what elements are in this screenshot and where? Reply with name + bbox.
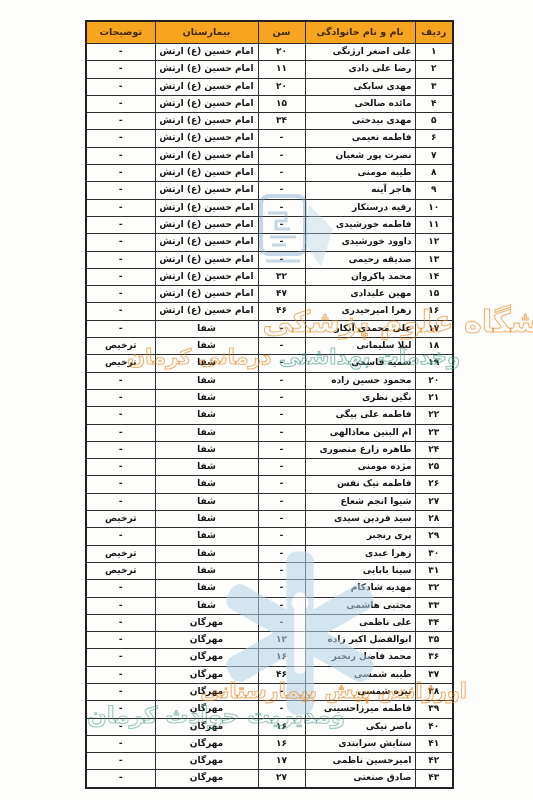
age-cell: - [258,251,305,268]
age-cell: ۱۱ [258,61,305,78]
row-number-cell: ۱۶ [415,303,453,320]
patient-name-cell: نصرت پور شعبان [305,147,415,164]
patient-table-body: ۱ علی اصغر ارژنگی ۲۰ امام حسین (ع) ارتش … [86,44,453,788]
row-number-cell: ۳۸ [415,683,453,700]
hospital-cell: امام حسین (ع) ارتش [155,216,258,233]
age-cell: - [258,459,305,476]
hospital-cell: شفا [155,355,258,372]
patient-name-cell: نیره شمسی [305,683,415,700]
age-cell: - [258,182,305,199]
patient-name-cell: طیبه شمسی [305,666,415,683]
age-cell: - [258,683,305,700]
age-cell: - [258,407,305,424]
notes-cell: - [86,407,155,424]
age-cell: - [258,476,305,493]
patient-name-cell: هاجر آینه [305,182,415,199]
notes-cell: - [86,614,155,631]
age-cell: ۲۰ [258,44,305,61]
patient-name-cell: زهرا امیرحیدری [305,303,415,320]
notes-cell: - [86,268,155,285]
table-row: ۳۴ علی ناظمی - مهرگان - [86,614,453,631]
notes-cell: - [86,649,155,666]
table-row: ۲۳ ام البنین معاذالهی - شفا - [86,424,453,441]
patient-name-cell: محمود حسین زاده [305,372,415,389]
hospital-cell: امام حسین (ع) ارتش [155,130,258,147]
patient-name-cell: صادق صنعتی [305,770,415,788]
patient-name-cell: ناصر نیکی [305,718,415,735]
patient-name-cell: پری رنجبر [305,528,415,545]
notes-cell: - [86,61,155,78]
hospital-cell: شفا [155,528,258,545]
notes-cell: - [86,424,155,441]
notes-cell: - [86,216,155,233]
notes-cell: - [86,251,155,268]
hospital-cell: شفا [155,511,258,528]
table-row: ۸ طیبه مومنی - امام حسین (ع) ارتش - [86,165,453,182]
age-cell: - [258,562,305,579]
row-number-cell: ۲۲ [415,407,453,424]
age-cell: - [258,338,305,355]
notes-cell: - [86,683,155,700]
age-cell: ۱۲ [258,632,305,649]
row-number-cell: ۲۸ [415,511,453,528]
table-row: ۱ علی اصغر ارژنگی ۲۰ امام حسین (ع) ارتش … [86,44,453,61]
notes-cell: - [86,320,155,337]
notes-cell: - [86,632,155,649]
age-cell: - [258,320,305,337]
table-row: ۱۴ محمد پاکروان ۳۲ امام حسین (ع) ارتش - [86,268,453,285]
hospital-cell: شفا [155,545,258,562]
table-row: ۲۷ شیوا انجم شعاع - شفا - [86,493,453,510]
hospital-cell: شفا [155,459,258,476]
notes-cell: ترخیص [86,511,155,528]
row-number-cell: ۲ [415,61,453,78]
patient-name-cell: علی ناظمی [305,614,415,631]
row-number-cell: ۲۵ [415,459,453,476]
hospital-cell: شفا [155,597,258,614]
age-cell: ۱۶ [258,649,305,666]
notes-cell: - [86,718,155,735]
hospital-cell: امام حسین (ع) ارتش [155,165,258,182]
hospital-cell: امام حسین (ع) ارتش [155,234,258,251]
row-number-cell: ۲۹ [415,528,453,545]
table-row: ۳۸ نیره شمسی - مهرگان - [86,683,453,700]
row-number-cell: ۳۴ [415,614,453,631]
hospital-cell: شفا [155,424,258,441]
table-row: ۳۵ ابوالفضل اکبر زاده ۱۲ مهرگان - [86,632,453,649]
patient-name-cell: مجتبی هاشمی [305,597,415,614]
hospital-cell: مهرگان [155,632,258,649]
notes-cell: - [86,44,155,61]
header-full-name: نام و نام خانوادگی [305,21,415,44]
hospital-cell: امام حسین (ع) ارتش [155,78,258,95]
hospital-cell: مهرگان [155,649,258,666]
table-row: ۱۳ صدیقه رحیمی - امام حسین (ع) ارتش - [86,251,453,268]
row-number-cell: ۱۰ [415,199,453,216]
notes-cell: - [86,165,155,182]
age-cell: ۱۷ [258,753,305,770]
hospital-cell: مهرگان [155,614,258,631]
patient-name-cell: شیوا انجم شعاع [305,493,415,510]
age-cell: ۲۷ [258,770,305,788]
table-row: ۶ فاطمه نعیمی - امام حسین (ع) ارتش - [86,130,453,147]
row-number-cell: ۴۰ [415,718,453,735]
table-row: ۱۵ مهین علیدادی ۴۷ امام حسین (ع) ارتش - [86,286,453,303]
hospital-cell: امام حسین (ع) ارتش [155,199,258,216]
header-age: سن [258,21,305,44]
patient-name-cell: فاطمه میرزاحسینی [305,701,415,718]
row-number-cell: ۳۵ [415,632,453,649]
hospital-cell: مهرگان [155,701,258,718]
hospital-cell: امام حسین (ع) ارتش [155,182,258,199]
notes-cell: - [86,666,155,683]
row-number-cell: ۲۰ [415,372,453,389]
patient-name-cell: فاطمه نیک نفس [305,476,415,493]
patient-name-cell: طیبه مومنی [305,165,415,182]
hospital-cell: امام حسین (ع) ارتش [155,268,258,285]
row-number-cell: ۳۷ [415,666,453,683]
patient-name-cell: فاطمه نعیمی [305,130,415,147]
row-number-cell: ۱۳ [415,251,453,268]
notes-cell: - [86,735,155,752]
age-cell: - [258,424,305,441]
patient-name-cell: نگین نظری [305,389,415,406]
table-row: ۴ مائده صالحی ۱۵ امام حسین (ع) ارتش - [86,95,453,112]
notes-cell: ترخیص [86,355,155,372]
row-number-cell: ۴۲ [415,753,453,770]
patient-name-cell: مهدیه شادکام [305,580,415,597]
row-number-cell: ۳ [415,78,453,95]
notes-cell: ترخیص [86,562,155,579]
patient-name-cell: مائده صالحی [305,95,415,112]
notes-cell: - [86,95,155,112]
patient-name-cell: ابوالفضل اکبر زاده [305,632,415,649]
row-number-cell: ۳۳ [415,597,453,614]
patient-name-cell: صدیقه رحیمی [305,251,415,268]
age-cell: - [258,130,305,147]
patient-name-cell: داوود خورشیدی [305,234,415,251]
row-number-cell: ۲۷ [415,493,453,510]
patient-name-cell: فاطمه خورشیدی [305,216,415,233]
row-number-cell: ۹ [415,182,453,199]
hospital-cell: مهرگان [155,718,258,735]
row-number-cell: ۱۷ [415,320,453,337]
header-notes: توضیحات [86,21,155,44]
patient-name-cell: فاطمه علی بیگی [305,407,415,424]
age-cell: - [258,511,305,528]
table-row: ۳۱ سینا بابایی - شفا ترخیص [86,562,453,579]
age-cell: - [258,493,305,510]
hospital-cell: مهرگان [155,683,258,700]
row-number-cell: ۳۱ [415,562,453,579]
patient-name-cell: مژده مومنی [305,459,415,476]
table-row: ۲۱ نگین نظری - شفا - [86,389,453,406]
table-row: ۴۳ صادق صنعتی ۲۷ مهرگان - [86,770,453,788]
notes-cell: - [86,770,155,788]
patient-name-cell: طاهره زارع منصوری [305,441,415,458]
patient-name-cell: رضا علی دادی [305,61,415,78]
notes-cell: - [86,78,155,95]
table-row: ۳ مهدی سابکی ۲۰ امام حسین (ع) ارتش - [86,78,453,95]
hospital-cell: شفا [155,562,258,579]
notes-cell: - [86,147,155,164]
hospital-cell: امام حسین (ع) ارتش [155,113,258,130]
header-hospital: بیمارستان [155,21,258,44]
age-cell: ۱۵ [258,95,305,112]
hospital-cell: شفا [155,389,258,406]
patient-name-cell: علی اصغر ارژنگی [305,44,415,61]
row-number-cell: ۱۴ [415,268,453,285]
row-number-cell: ۳۶ [415,649,453,666]
patient-name-cell: لیلا سلیمانی [305,338,415,355]
notes-cell: - [86,303,155,320]
notes-cell: - [86,597,155,614]
age-cell: ۳۴ [258,113,305,130]
age-cell: - [258,234,305,251]
table-row: ۱۷ علی محمدی آبکار - شفا - [86,320,453,337]
hospital-cell: شفا [155,493,258,510]
notes-cell: - [86,113,155,130]
row-number-cell: ۶ [415,130,453,147]
age-cell: - [258,701,305,718]
notes-cell: - [86,130,155,147]
row-number-cell: ۱۲ [415,234,453,251]
table-row: ۹ هاجر آینه - امام حسین (ع) ارتش - [86,182,453,199]
hospital-cell: امام حسین (ع) ارتش [155,303,258,320]
notes-cell: ترخیص [86,338,155,355]
patient-name-cell: مهدی سابکی [305,78,415,95]
hospital-cell: مهرگان [155,735,258,752]
scanned-patient-list-page: ردیف نام و نام خانوادگی سن بیمارستان توض… [0,0,533,800]
age-cell: - [258,597,305,614]
hospital-cell: امام حسین (ع) ارتش [155,286,258,303]
notes-cell: ترخیص [86,545,155,562]
notes-cell: - [86,753,155,770]
notes-cell: - [86,528,155,545]
table-row: ۵ مهدی بیدختی ۳۴ امام حسین (ع) ارتش - [86,113,453,130]
header-row: ردیف نام و نام خانوادگی سن بیمارستان توض… [86,21,453,44]
table-row: ۱۸ لیلا سلیمانی - شفا ترخیص [86,338,453,355]
table-row: ۳۷ طیبه شمسی ۴۶ مهرگان - [86,666,453,683]
table-row: ۲۴ طاهره زارع منصوری - شفا - [86,441,453,458]
row-number-cell: ۴۱ [415,735,453,752]
row-number-cell: ۲۳ [415,424,453,441]
notes-cell: - [86,199,155,216]
age-cell: - [258,216,305,233]
patient-name-cell: ستایش سرابندی [305,735,415,752]
age-cell: ۴۶ [258,666,305,683]
table-row: ۲۵ مژده مومنی - شفا - [86,459,453,476]
row-number-cell: ۴ [415,95,453,112]
table-row: ۲۹ پری رنجبر - شفا - [86,528,453,545]
notes-cell: - [86,476,155,493]
table-row: ۱۱ فاطمه خورشیدی - امام حسین (ع) ارتش - [86,216,453,233]
hospital-cell: مهرگان [155,770,258,788]
table-row: ۱۲ داوود خورشیدی - امام حسین (ع) ارتش - [86,234,453,251]
patient-name-cell: رقیه درستکار [305,199,415,216]
row-number-cell: ۲۴ [415,441,453,458]
age-cell: - [258,528,305,545]
hospital-cell: امام حسین (ع) ارتش [155,95,258,112]
age-cell: - [258,165,305,182]
patient-name-cell: زهرا عبدی [305,545,415,562]
table-row: ۲۸ سید فردین سیدی - شفا ترخیص [86,511,453,528]
row-number-cell: ۳۰ [415,545,453,562]
hospital-cell: امام حسین (ع) ارتش [155,251,258,268]
hospital-cell: شفا [155,441,258,458]
table-row: ۱۹ سمیه قاسمی - شفا ترخیص [86,355,453,372]
notes-cell: - [86,389,155,406]
table-row: ۲۶ فاطمه نیک نفس - شفا - [86,476,453,493]
row-number-cell: ۱ [415,44,453,61]
hospital-cell: شفا [155,338,258,355]
table-row: ۷ نصرت پور شعبان - امام حسین (ع) ارتش - [86,147,453,164]
age-cell: ۱۶ [258,735,305,752]
patient-name-cell: سینا بابایی [305,562,415,579]
row-number-cell: ۴۳ [415,770,453,788]
age-cell: - [258,147,305,164]
hospital-cell: امام حسین (ع) ارتش [155,44,258,61]
hospital-cell: شفا [155,407,258,424]
notes-cell: - [86,234,155,251]
row-number-cell: ۵ [415,113,453,130]
age-cell: - [258,355,305,372]
age-cell: - [258,614,305,631]
hospital-cell: مهرگان [155,666,258,683]
hospital-cell: مهرگان [155,753,258,770]
notes-cell: - [86,459,155,476]
table-row: ۱۰ رقیه درستکار - امام حسین (ع) ارتش - [86,199,453,216]
patient-table-header: ردیف نام و نام خانوادگی سن بیمارستان توض… [86,21,453,44]
table-row: ۳۶ محمد فاضل رنجبر ۱۶ مهرگان - [86,649,453,666]
table-row: ۲۰ محمود حسین زاده - شفا - [86,372,453,389]
row-number-cell: ۳۹ [415,701,453,718]
row-number-cell: ۲۱ [415,389,453,406]
header-row-number: ردیف [415,21,453,44]
patient-name-cell: مهدی بیدختی [305,113,415,130]
table-row: ۳۹ فاطمه میرزاحسینی - مهرگان - [86,701,453,718]
hospital-cell: امام حسین (ع) ارتش [155,147,258,164]
patient-name-cell: محمد فاضل رنجبر [305,649,415,666]
age-cell: - [258,580,305,597]
notes-cell: - [86,493,155,510]
notes-cell: - [86,182,155,199]
table-row: ۲ رضا علی دادی ۱۱ امام حسین (ع) ارتش - [86,61,453,78]
row-number-cell: ۱۵ [415,286,453,303]
hospital-cell: شفا [155,580,258,597]
patient-name-cell: امیرحسین ناظمی [305,753,415,770]
hospital-cell: شفا [155,476,258,493]
patient-name-cell: ام البنین معاذالهی [305,424,415,441]
hospital-cell: شفا [155,320,258,337]
patient-name-cell: سمیه قاسمی [305,355,415,372]
age-cell: ۳۲ [258,268,305,285]
notes-cell: - [86,372,155,389]
row-number-cell: ۲۶ [415,476,453,493]
age-cell: - [258,545,305,562]
table-row: ۳۲ مهدیه شادکام - شفا - [86,580,453,597]
age-cell: ۲۰ [258,78,305,95]
notes-cell: - [86,286,155,303]
table-row: ۴۲ امیرحسین ناظمی ۱۷ مهرگان - [86,753,453,770]
table-row: ۱۶ زهرا امیرحیدری ۴۶ امام حسین (ع) ارتش … [86,303,453,320]
age-cell: - [258,199,305,216]
row-number-cell: ۱۸ [415,338,453,355]
patient-name-cell: محمد پاکروان [305,268,415,285]
age-cell: ۱۶ [258,718,305,735]
hospital-cell: شفا [155,372,258,389]
hospital-cell: امام حسین (ع) ارتش [155,61,258,78]
patient-name-cell: سید فردین سیدی [305,511,415,528]
row-number-cell: ۷ [415,147,453,164]
table-row: ۳۳ مجتبی هاشمی - شفا - [86,597,453,614]
table-row: ۲۲ فاطمه علی بیگی - شفا - [86,407,453,424]
row-number-cell: ۸ [415,165,453,182]
age-cell: ۴۶ [258,303,305,320]
notes-cell: - [86,580,155,597]
notes-cell: - [86,701,155,718]
age-cell: - [258,441,305,458]
age-cell: - [258,372,305,389]
table-row: ۴۱ ستایش سرابندی ۱۶ مهرگان - [86,735,453,752]
table-row: ۳۰ زهرا عبدی - شفا ترخیص [86,545,453,562]
age-cell: ۴۷ [258,286,305,303]
row-number-cell: ۱۹ [415,355,453,372]
row-number-cell: ۱۱ [415,216,453,233]
age-cell: - [258,389,305,406]
patient-table: ردیف نام و نام خانوادگی سن بیمارستان توض… [85,20,454,789]
row-number-cell: ۳۲ [415,580,453,597]
table-row: ۴۰ ناصر نیکی ۱۶ مهرگان - [86,718,453,735]
patient-name-cell: مهین علیدادی [305,286,415,303]
patient-name-cell: علی محمدی آبکار [305,320,415,337]
notes-cell: - [86,441,155,458]
